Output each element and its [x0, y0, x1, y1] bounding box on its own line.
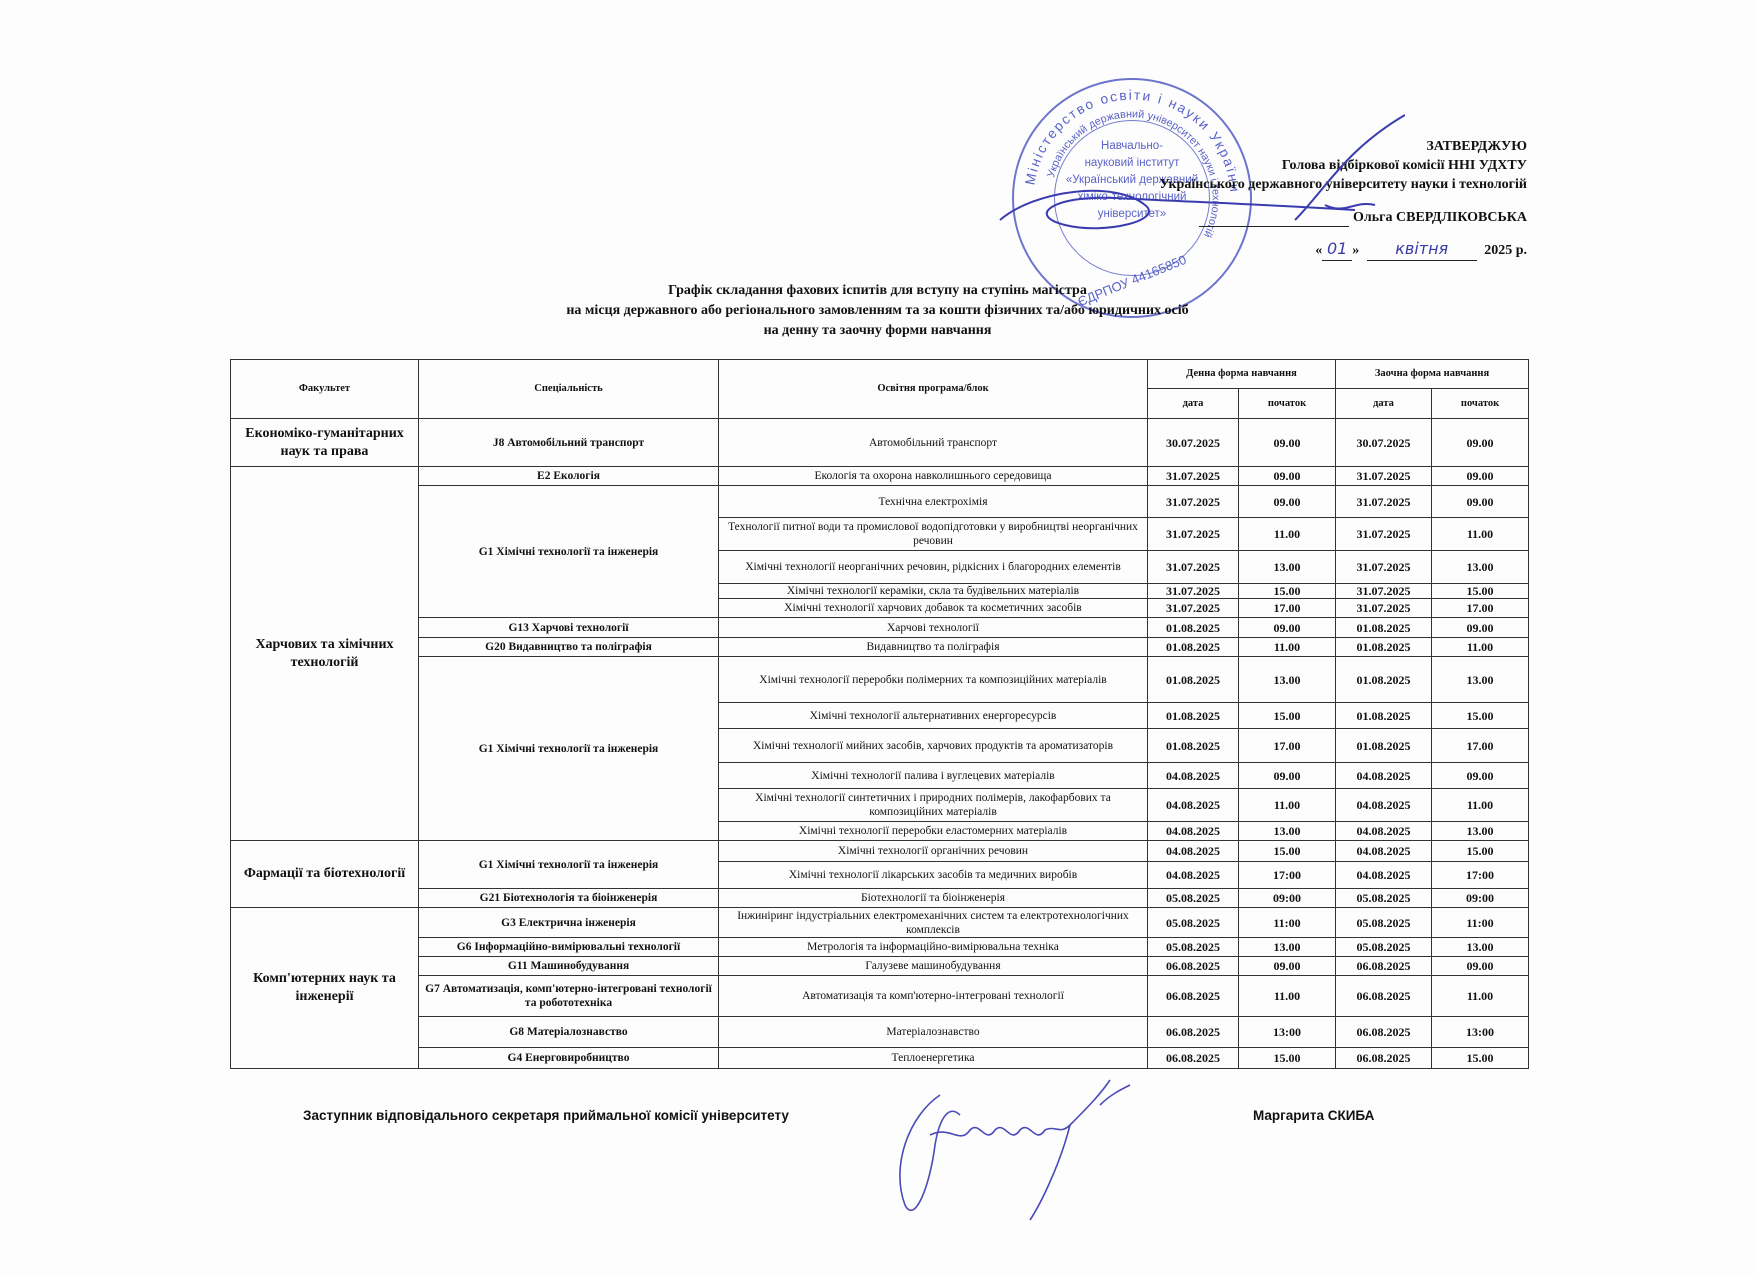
- ext-start-cell: 11.00: [1432, 976, 1529, 1017]
- ext-start-cell: 15.00: [1432, 841, 1529, 862]
- program-cell: Інжиніринг індустріальних електромеханіч…: [719, 908, 1148, 938]
- specialty-cell: G11 Машинобудування: [419, 957, 719, 976]
- day-start-cell: 11.00: [1239, 638, 1336, 657]
- program-cell: Матеріалознавство: [719, 1017, 1148, 1048]
- day-start-cell: 13.00: [1239, 657, 1336, 703]
- day-start-cell: 13.00: [1239, 822, 1336, 841]
- day-date-cell: 04.08.2025: [1148, 841, 1239, 862]
- day-start-cell: 15.00: [1239, 703, 1336, 729]
- ext-date-cell: 31.07.2025: [1336, 467, 1432, 486]
- day-date-cell: 05.08.2025: [1148, 889, 1239, 908]
- ext-start-cell: 15.00: [1432, 703, 1529, 729]
- ext-date-cell: 05.08.2025: [1336, 938, 1432, 957]
- ext-date-cell: 31.07.2025: [1336, 584, 1432, 599]
- day-date-cell: 01.08.2025: [1148, 729, 1239, 763]
- header-faculty: Факультет: [231, 360, 419, 419]
- table-row: G13 Харчові технологіїХарчові технології…: [231, 618, 1529, 638]
- approval-date: «01» квітня 2025 р.: [1159, 239, 1527, 261]
- ext-start-cell: 11.00: [1432, 518, 1529, 551]
- ext-date-cell: 06.08.2025: [1336, 1017, 1432, 1048]
- program-cell: Теплоенергетика: [719, 1048, 1148, 1069]
- table-row: Економіко-гуманітарних наук та праваJ8 А…: [231, 419, 1529, 467]
- title-line-2: на місця державного або регіонального за…: [0, 301, 1755, 321]
- day-date-cell: 05.08.2025: [1148, 938, 1239, 957]
- program-cell: Харчові технології: [719, 618, 1148, 638]
- secretary-signature: [870, 1075, 1150, 1225]
- day-start-cell: 17:00: [1239, 862, 1336, 889]
- faculty-cell: Харчових та хімічних технологій: [231, 467, 419, 841]
- day-start-cell: 13.00: [1239, 551, 1336, 584]
- document-title: Графік складання фахових іспитів для вст…: [0, 281, 1755, 341]
- ext-date-cell: 01.08.2025: [1336, 703, 1432, 729]
- ext-start-cell: 11.00: [1432, 638, 1529, 657]
- table-row: G4 ЕнерговиробництвоТеплоенергетика06.08…: [231, 1048, 1529, 1069]
- ext-start-cell: 17.00: [1432, 729, 1529, 763]
- ext-date-cell: 04.08.2025: [1336, 841, 1432, 862]
- day-date-cell: 06.08.2025: [1148, 976, 1239, 1017]
- program-cell: Хімічні технології харчових добавок та к…: [719, 599, 1148, 618]
- program-cell: Екологія та охорона навколишнього середо…: [719, 467, 1148, 486]
- specialty-cell: G3 Електрична інженерія: [419, 908, 719, 938]
- specialty-cell: G1 Хімічні технології та інженерія: [419, 657, 719, 841]
- ext-start-cell: 13:00: [1432, 1017, 1529, 1048]
- ext-start-cell: 11.00: [1432, 789, 1529, 822]
- faculty-cell: Фармації та біотехнології: [231, 841, 419, 908]
- approval-position-1: Голова відбіркової комісії ННІ УДХТУ: [1159, 156, 1527, 175]
- day-date-cell: 01.08.2025: [1148, 638, 1239, 657]
- ext-date-cell: 30.07.2025: [1336, 419, 1432, 467]
- specialty-cell: G1 Хімічні технології та інженерія: [419, 486, 719, 618]
- ext-date-cell: 01.08.2025: [1336, 657, 1432, 703]
- ext-date-cell: 31.07.2025: [1336, 518, 1432, 551]
- specialty-cell: G7 Автоматизація, комп'ютерно-інтегрован…: [419, 976, 719, 1017]
- ext-date-cell: 04.08.2025: [1336, 822, 1432, 841]
- specialty-cell: G6 Інформаційно-вимірювальні технології: [419, 938, 719, 957]
- table-row: G7 Автоматизація, комп'ютерно-інтегрован…: [231, 976, 1529, 1017]
- ext-start-cell: 09.00: [1432, 467, 1529, 486]
- table-row: G20 Видавництво та поліграфіяВидавництво…: [231, 638, 1529, 657]
- program-cell: Видавництво та поліграфія: [719, 638, 1148, 657]
- day-date-cell: 30.07.2025: [1148, 419, 1239, 467]
- day-date-cell: 06.08.2025: [1148, 1017, 1239, 1048]
- exam-schedule-table: Факультет Спеціальність Освітня програма…: [230, 359, 1529, 1069]
- table-row: G8 МатеріалознавствоМатеріалознавство06.…: [231, 1017, 1529, 1048]
- specialty-cell: G21 Біотехнологія та біоінженерія: [419, 889, 719, 908]
- date-day: 01: [1327, 239, 1347, 258]
- header-ext-date: дата: [1336, 389, 1432, 419]
- table-row: Фармації та біотехнологіїG1 Хімічні техн…: [231, 841, 1529, 862]
- specialty-cell: G20 Видавництво та поліграфія: [419, 638, 719, 657]
- approval-block: ЗАТВЕРДЖУЮ Голова відбіркової комісії НН…: [1159, 137, 1527, 261]
- day-start-cell: 15.00: [1239, 1048, 1336, 1069]
- specialty-cell: G1 Хімічні технології та інженерія: [419, 841, 719, 889]
- program-cell: Технології питної води та промислової во…: [719, 518, 1148, 551]
- day-start-cell: 09.00: [1239, 467, 1336, 486]
- day-date-cell: 31.07.2025: [1148, 551, 1239, 584]
- ext-start-cell: 09.00: [1432, 763, 1529, 789]
- ext-date-cell: 06.08.2025: [1336, 957, 1432, 976]
- day-date-cell: 31.07.2025: [1148, 486, 1239, 518]
- ext-date-cell: 05.08.2025: [1336, 908, 1432, 938]
- day-start-cell: 15.00: [1239, 584, 1336, 599]
- ext-start-cell: 13.00: [1432, 551, 1529, 584]
- program-cell: Автомобільний транспорт: [719, 419, 1148, 467]
- approval-signatory: Ольга СВЕРДЛІКОВСЬКА: [1353, 210, 1527, 225]
- program-cell: Автоматизація та комп'ютерно-інтегровані…: [719, 976, 1148, 1017]
- ext-date-cell: 31.07.2025: [1336, 551, 1432, 584]
- ext-start-cell: 17.00: [1432, 599, 1529, 618]
- footer-name: Маргарита СКИБА: [1253, 1108, 1374, 1123]
- approval-position-2: Українського державного університету нау…: [1159, 175, 1527, 194]
- approval-heading: ЗАТВЕРДЖУЮ: [1159, 137, 1527, 156]
- day-start-cell: 11:00: [1239, 908, 1336, 938]
- footer-role: Заступник відповідального секретаря прий…: [303, 1108, 789, 1123]
- ext-start-cell: 13.00: [1432, 938, 1529, 957]
- ext-date-cell: 31.07.2025: [1336, 599, 1432, 618]
- specialty-cell: G4 Енерговиробництво: [419, 1048, 719, 1069]
- signature-line: [1199, 212, 1349, 227]
- ext-start-cell: 09.00: [1432, 618, 1529, 638]
- program-cell: Метрологія та інформаційно-вимірювальна …: [719, 938, 1148, 957]
- program-cell: Хімічні технології альтернативних енерго…: [719, 703, 1148, 729]
- program-cell: Галузеве машинобудування: [719, 957, 1148, 976]
- ext-start-cell: 09:00: [1432, 889, 1529, 908]
- header-day-start: початок: [1239, 389, 1336, 419]
- day-start-cell: 11.00: [1239, 789, 1336, 822]
- day-start-cell: 17.00: [1239, 729, 1336, 763]
- ext-date-cell: 06.08.2025: [1336, 976, 1432, 1017]
- day-start-cell: 17.00: [1239, 599, 1336, 618]
- ext-start-cell: 17:00: [1432, 862, 1529, 889]
- ext-date-cell: 01.08.2025: [1336, 729, 1432, 763]
- header-extramural-form: Заочна форма навчання: [1336, 360, 1529, 389]
- program-cell: Хімічні технології переробки еластомерни…: [719, 822, 1148, 841]
- day-start-cell: 09.00: [1239, 618, 1336, 638]
- day-date-cell: 31.07.2025: [1148, 467, 1239, 486]
- day-date-cell: 01.08.2025: [1148, 703, 1239, 729]
- title-line-1: Графік складання фахових іспитів для вст…: [0, 281, 1755, 301]
- date-year: 2025 р.: [1484, 243, 1527, 258]
- day-start-cell: 15.00: [1239, 841, 1336, 862]
- program-cell: Біотехнології та біоінженерія: [719, 889, 1148, 908]
- ext-start-cell: 09.00: [1432, 486, 1529, 518]
- ext-start-cell: 13.00: [1432, 657, 1529, 703]
- day-start-cell: 13.00: [1239, 938, 1336, 957]
- table-row: Комп'ютерних наук та інженеріїG3 Електри…: [231, 908, 1529, 938]
- day-start-cell: 09.00: [1239, 486, 1336, 518]
- ext-start-cell: 15.00: [1432, 584, 1529, 599]
- specialty-cell: G8 Матеріалознавство: [419, 1017, 719, 1048]
- header-day-date: дата: [1148, 389, 1239, 419]
- day-start-cell: 13:00: [1239, 1017, 1336, 1048]
- day-date-cell: 05.08.2025: [1148, 908, 1239, 938]
- program-cell: Хімічні технології переробки полімерних …: [719, 657, 1148, 703]
- ext-date-cell: 04.08.2025: [1336, 789, 1432, 822]
- day-date-cell: 31.07.2025: [1148, 518, 1239, 551]
- ext-date-cell: 05.08.2025: [1336, 889, 1432, 908]
- table-row: G1 Хімічні технології та інженеріяТехніч…: [231, 486, 1529, 518]
- day-date-cell: 06.08.2025: [1148, 1048, 1239, 1069]
- day-date-cell: 01.08.2025: [1148, 657, 1239, 703]
- specialty-cell: J8 Автомобільний транспорт: [419, 419, 719, 467]
- day-start-cell: 09.00: [1239, 763, 1336, 789]
- day-date-cell: 01.08.2025: [1148, 618, 1239, 638]
- table-row: G6 Інформаційно-вимірювальні технологіїМ…: [231, 938, 1529, 957]
- day-date-cell: 04.08.2025: [1148, 862, 1239, 889]
- day-start-cell: 09.00: [1239, 419, 1336, 467]
- table-row: G1 Хімічні технології та інженеріяХімічн…: [231, 657, 1529, 703]
- day-date-cell: 04.08.2025: [1148, 789, 1239, 822]
- ext-date-cell: 01.08.2025: [1336, 638, 1432, 657]
- specialty-cell: G13 Харчові технології: [419, 618, 719, 638]
- program-cell: Хімічні технології мийних засобів, харчо…: [719, 729, 1148, 763]
- day-date-cell: 31.07.2025: [1148, 599, 1239, 618]
- ext-start-cell: 15.00: [1432, 1048, 1529, 1069]
- table-row: G11 МашинобудуванняГалузеве машинобудува…: [231, 957, 1529, 976]
- program-cell: Хімічні технології органічних речовин: [719, 841, 1148, 862]
- ext-date-cell: 06.08.2025: [1336, 1048, 1432, 1069]
- program-cell: Хімічні технології синтетичних і природн…: [719, 789, 1148, 822]
- header-ext-start: початок: [1432, 389, 1529, 419]
- program-cell: Хімічні технології неорганічних речовин,…: [719, 551, 1148, 584]
- ext-date-cell: 01.08.2025: [1336, 618, 1432, 638]
- ext-start-cell: 09.00: [1432, 419, 1529, 467]
- day-date-cell: 04.08.2025: [1148, 822, 1239, 841]
- table-row: Харчових та хімічних технологійE2 Еколог…: [231, 467, 1529, 486]
- ext-date-cell: 31.07.2025: [1336, 486, 1432, 518]
- ext-date-cell: 04.08.2025: [1336, 862, 1432, 889]
- faculty-cell: Економіко-гуманітарних наук та права: [231, 419, 419, 467]
- program-cell: Технічна електрохімія: [719, 486, 1148, 518]
- ext-start-cell: 09.00: [1432, 957, 1529, 976]
- day-date-cell: 04.08.2025: [1148, 763, 1239, 789]
- specialty-cell: E2 Екологія: [419, 467, 719, 486]
- schedule-body: Економіко-гуманітарних наук та праваJ8 А…: [231, 419, 1529, 1069]
- day-start-cell: 11.00: [1239, 518, 1336, 551]
- header-specialty: Спеціальність: [419, 360, 719, 419]
- day-start-cell: 11.00: [1239, 976, 1336, 1017]
- day-date-cell: 06.08.2025: [1148, 957, 1239, 976]
- ext-date-cell: 04.08.2025: [1336, 763, 1432, 789]
- program-cell: Хімічні технології лікарських засобів та…: [719, 862, 1148, 889]
- day-date-cell: 31.07.2025: [1148, 584, 1239, 599]
- ext-start-cell: 11:00: [1432, 908, 1529, 938]
- day-start-cell: 09.00: [1239, 957, 1336, 976]
- date-month: квітня: [1395, 239, 1448, 258]
- program-cell: Хімічні технології кераміки, скла та буд…: [719, 584, 1148, 599]
- faculty-cell: Комп'ютерних наук та інженерії: [231, 908, 419, 1069]
- header-day-form: Денна форма навчання: [1148, 360, 1336, 389]
- title-line-3: на денну та заочну форми навчання: [0, 321, 1755, 341]
- table-row: G21 Біотехнологія та біоінженеріяБіотехн…: [231, 889, 1529, 908]
- ext-start-cell: 13.00: [1432, 822, 1529, 841]
- program-cell: Хімічні технології палива і вуглецевих м…: [719, 763, 1148, 789]
- day-start-cell: 09:00: [1239, 889, 1336, 908]
- header-program: Освітня програма/блок: [719, 360, 1148, 419]
